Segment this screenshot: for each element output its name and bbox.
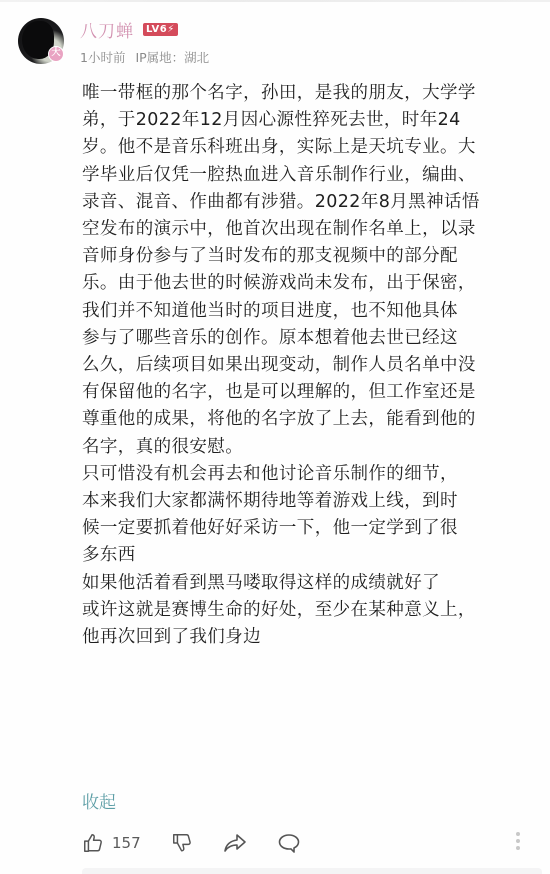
username-row: 八刀蝉 LV6⚡ — [80, 18, 178, 40]
share-button[interactable] — [223, 832, 247, 854]
text-line: 如果他活着看到黑马喽取得这样的成绩就好了 — [82, 570, 532, 597]
avatar-vip-badge: 大 — [48, 46, 64, 62]
text-line: 岁。他不是音乐科班出身，实际上是天坑专业。大 — [82, 134, 532, 161]
comment-meta: 1小时前 IP属地：湖北 — [80, 48, 209, 66]
level-badge: LV6⚡ — [143, 23, 178, 36]
text-line: 乐。由于他去世的时候游戏尚未发布，出于保密， — [82, 270, 532, 297]
dislike-button[interactable] — [171, 832, 193, 854]
text-line: 弟，于2022年12月因心源性猝死去世，时年24 — [82, 107, 532, 134]
text-line: 候一定要抓着他好好采访一下，他一定学到了很 — [82, 515, 532, 542]
text-line: 唯一带框的那个名字，孙田，是我的朋友，大学学 — [82, 80, 532, 107]
text-line: 多东西 — [82, 542, 532, 569]
action-bar: 157 — [82, 828, 532, 858]
collapse-button[interactable]: 收起 — [82, 788, 116, 813]
comment-body: 唯一带框的那个名字，孙田，是我的朋友，大学学 弟，于2022年12月因心源性猝死… — [82, 80, 532, 651]
text-line: 音师身份参与了当时发布的那支视频中的部分配 — [82, 243, 532, 270]
comment-time: 1小时前 — [80, 48, 125, 66]
text-line: 本来我们大家都满怀期待地等着游戏上线，到时 — [82, 488, 532, 515]
text-line: 他再次回到了我们身边 — [82, 624, 532, 651]
text-line: 学毕业后仅凭一腔热血进入音乐制作行业，编曲、 — [82, 162, 532, 189]
username[interactable]: 八刀蝉 — [80, 17, 134, 42]
like-button[interactable]: 157 — [82, 832, 141, 854]
text-line: 参与了哪些音乐的创作。原本想着他去世已经这 — [82, 325, 532, 352]
text-line: 只可惜没有机会再去和他讨论音乐制作的细节， — [82, 461, 532, 488]
thumbs-down-icon — [171, 832, 193, 854]
reply-button[interactable] — [277, 832, 301, 854]
next-section-edge — [82, 868, 542, 874]
thumbs-up-icon — [82, 832, 104, 854]
text-line: 有保留他的名字，也是可以理解的，但工作室还是 — [82, 379, 532, 406]
text-line: 或许这就是赛博生命的好处，至少在某种意义上， — [82, 597, 532, 624]
comment-bubble-icon — [277, 832, 301, 854]
avatar[interactable]: 大 — [18, 18, 64, 64]
text-line: 么久，后续项目如果出现变动，制作人员名单中没 — [82, 352, 532, 379]
more-options-button[interactable] — [514, 832, 522, 854]
text-line: 我们并不知道他当时的项目进度，也不知他具体 — [82, 298, 532, 325]
more-vertical-icon — [516, 832, 520, 836]
text-line: 尊重他的成果，将他的名字放了上去，能看到他的 — [82, 406, 532, 433]
like-count: 157 — [112, 834, 141, 852]
comment-header: 大 八刀蝉 LV6⚡ 1小时前 IP属地：湖北 — [18, 18, 538, 68]
text-line: 空发布的演示中，他首次出现在制作名单上，以录 — [82, 216, 532, 243]
text-line: 名字，真的很安慰。 — [82, 434, 532, 461]
share-icon — [223, 832, 247, 854]
text-line: 录音、混音、作曲都有涉猎。2022年8月黑神话悟 — [82, 189, 532, 216]
top-divider — [0, 0, 550, 2]
comment-page: 大 八刀蝉 LV6⚡ 1小时前 IP属地：湖北 唯一带框的那个名字，孙田，是我的… — [0, 0, 550, 874]
ip-location: IP属地：湖北 — [135, 48, 209, 66]
